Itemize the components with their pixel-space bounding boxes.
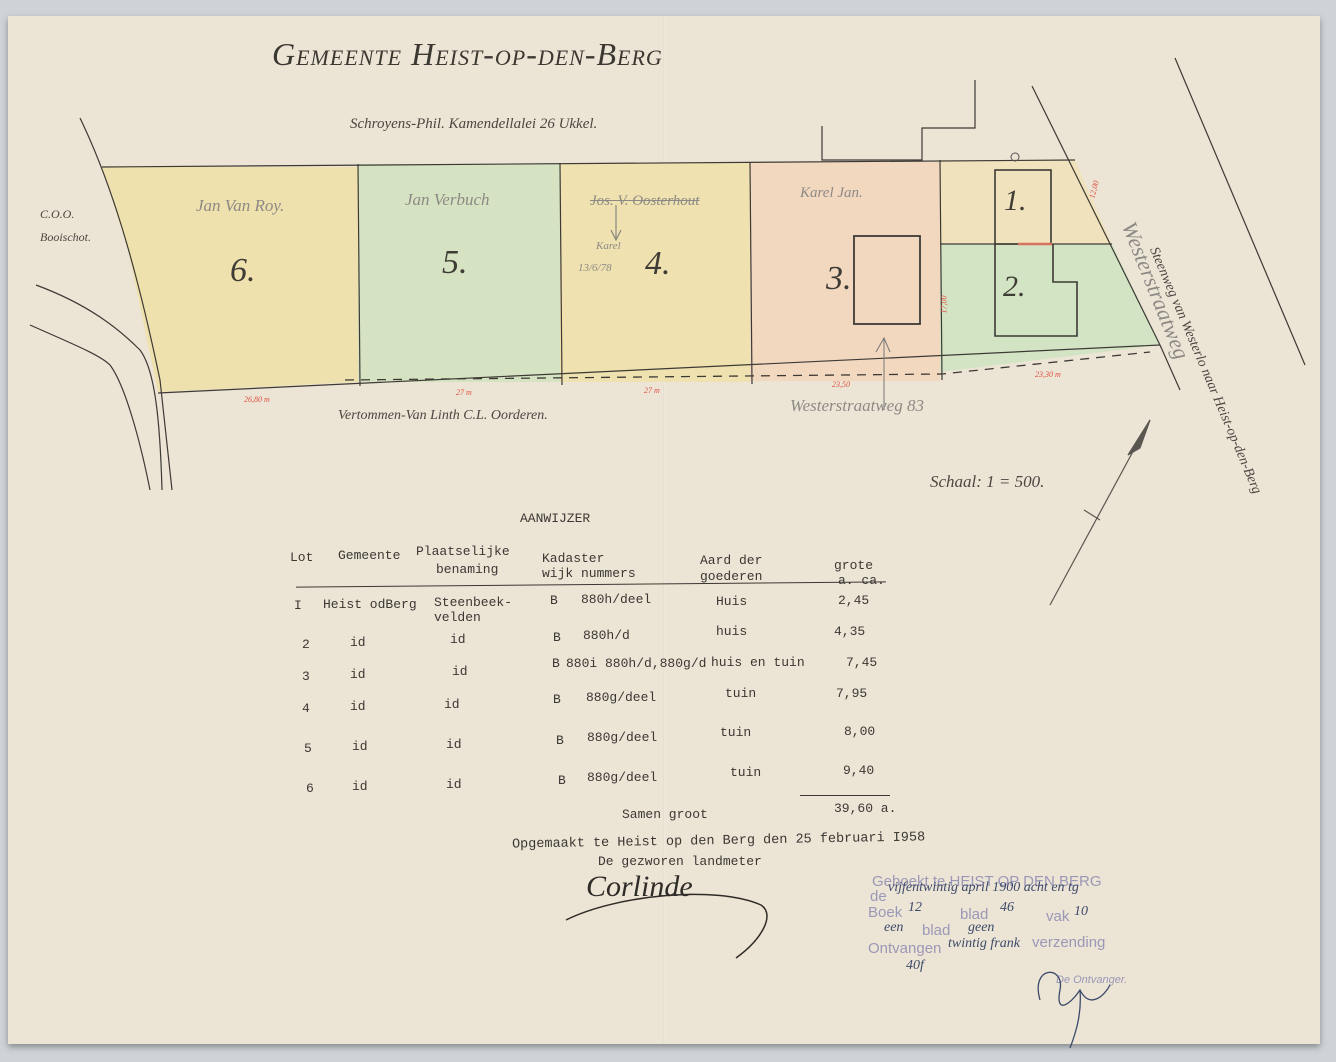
row-5-nummers: 880g/deel bbox=[587, 730, 657, 745]
row-2-sectie: B bbox=[553, 630, 561, 645]
lot-4-owner: Jos. V. Oosterhout bbox=[590, 193, 699, 210]
stamp-boek-value: 12 bbox=[908, 900, 922, 916]
signature-flourish bbox=[556, 880, 786, 960]
row-6-aard: tuin bbox=[730, 765, 761, 780]
lot-3-owner: Karel Jan. bbox=[800, 185, 863, 202]
lot-3-number: 3. bbox=[826, 260, 852, 298]
lot-5-owner: Jan Verbuch bbox=[405, 190, 490, 210]
row-1-nummers: 880h/deel bbox=[581, 592, 651, 607]
row-1-plaats: Steenbeek- bbox=[434, 595, 512, 610]
row-1-grote: 2,45 bbox=[838, 593, 869, 608]
lot-2-number: 2. bbox=[1003, 270, 1026, 304]
address-pencil-note: Westerstraatweg 83 bbox=[790, 396, 924, 416]
stamp-boek-label: Boek bbox=[868, 904, 902, 921]
stamp-blad-count-label: blad bbox=[922, 922, 950, 939]
south-neighbor-label: Vertommen-Van Linth C.L. Oorderen. bbox=[338, 408, 548, 424]
lot-2-frontage: 23,30 m bbox=[1035, 370, 1061, 379]
stamp-date-handwritten: vijfentwintig april 1900 acht en tg bbox=[888, 880, 1079, 896]
col-header-plaats-2: benaming bbox=[436, 562, 498, 577]
stamp-fee: 40f bbox=[906, 958, 924, 974]
row-5-gemeente: id bbox=[352, 739, 368, 754]
total-rule bbox=[800, 795, 890, 796]
col-header-aard-1: Aard der bbox=[700, 553, 762, 568]
row-4-nummers: 880g/deel bbox=[586, 690, 656, 705]
lot-6-owner: Jan Van Roy. bbox=[196, 196, 284, 216]
lot-5-number: 5. bbox=[442, 244, 468, 282]
row-2-gemeente: id bbox=[350, 635, 366, 650]
row-4-plaats: id bbox=[444, 697, 460, 712]
row-2-lot: 2 bbox=[302, 637, 310, 652]
row-3-gemeente: id bbox=[350, 667, 366, 682]
stamp-vak-value: 10 bbox=[1074, 904, 1088, 920]
lot-1-number: 1. bbox=[1004, 184, 1027, 218]
row-1-gemeente: Heist odBerg bbox=[323, 597, 417, 612]
row-3-lot: 3 bbox=[302, 669, 310, 684]
lot-2-area bbox=[940, 244, 1160, 372]
stamp-verzending-hand: geen bbox=[968, 920, 994, 936]
row-6-nummers: 880g/deel bbox=[587, 770, 657, 785]
col-header-plaats-1: Plaatselijke bbox=[416, 544, 510, 559]
row-3-aard: huis en tuin bbox=[711, 655, 805, 670]
row-6-sectie: B bbox=[558, 773, 566, 788]
row-2-plaats: id bbox=[450, 632, 466, 647]
row-4-lot: 4 bbox=[302, 701, 310, 716]
row-6-plaats: id bbox=[446, 777, 462, 792]
lot-4-number: 4. bbox=[645, 245, 671, 283]
row-3-sectie: B bbox=[552, 656, 560, 671]
scale-label: Schaal: 1 = 500. bbox=[930, 472, 1044, 492]
table-title: AANWIJZER bbox=[520, 511, 590, 526]
row-2-grote: 4,35 bbox=[834, 624, 865, 639]
lot-5-frontage: 27 m bbox=[456, 388, 472, 397]
stamp-vak-label: vak bbox=[1046, 908, 1069, 925]
row-4-sectie: B bbox=[553, 692, 561, 707]
north-arrow-icon bbox=[1050, 420, 1150, 605]
row-5-sectie: B bbox=[556, 733, 564, 748]
row-4-gemeente: id bbox=[350, 699, 366, 714]
stamp-blad-value: 46 bbox=[1000, 900, 1014, 916]
north-neighbor-label: Schroyens-Phil. Kamendellalei 26 Ukkel. bbox=[350, 116, 597, 133]
lot-4-annotation-date: 13/6/78 bbox=[578, 262, 612, 274]
row-4-aard: tuin bbox=[725, 686, 756, 701]
lot-6-number: 6. bbox=[230, 252, 256, 290]
row-5-plaats: id bbox=[446, 737, 462, 752]
row-6-gemeente: id bbox=[352, 779, 368, 794]
total-value: 39,60 a. bbox=[834, 801, 896, 816]
col-header-kadaster-2: wijk nummers bbox=[542, 566, 636, 581]
receiver-signature bbox=[1010, 960, 1120, 1050]
row-3-grote: 7,45 bbox=[846, 655, 877, 670]
total-label: Samen groot bbox=[622, 807, 708, 822]
row-2-nummers: 880h/d bbox=[583, 628, 630, 643]
page-title: Gemeente Heist-op-den-Berg bbox=[272, 36, 663, 73]
row-3-plaats: id bbox=[452, 664, 468, 679]
row-1-sectie: B bbox=[550, 593, 558, 608]
stamp-verzending-label: verzending bbox=[1032, 934, 1105, 951]
col-header-lot: Lot bbox=[290, 550, 313, 565]
lot-3-side: 17,00 bbox=[940, 296, 949, 314]
stamp-ontvangen-hand: twintig frank bbox=[948, 936, 1020, 952]
col-header-gemeente: Gemeente bbox=[338, 548, 400, 563]
row-1-aard: Huis bbox=[716, 594, 747, 609]
lot-3-frontage: 23,50 bbox=[832, 380, 850, 389]
row-5-aard: tuin bbox=[720, 725, 751, 740]
row-5-grote: 8,00 bbox=[844, 724, 875, 739]
stamp-ontvangen-label: Ontvangen bbox=[868, 940, 941, 957]
row-4-grote: 7,95 bbox=[836, 686, 867, 701]
col-header-kadaster-1: Kadaster bbox=[542, 551, 604, 566]
row-1-lot: I bbox=[294, 598, 302, 613]
row-6-lot: 6 bbox=[306, 781, 314, 796]
west-neighbor-line1: C.O.O. bbox=[40, 207, 74, 222]
row-3-nummers: 880i 880h/d,880g/d bbox=[566, 656, 706, 671]
row-6-grote: 9,40 bbox=[843, 763, 874, 778]
col-header-grote-1: grote bbox=[834, 558, 873, 573]
row-2-aard: huis bbox=[716, 624, 747, 639]
lot-4-frontage: 27 m bbox=[644, 386, 660, 395]
stamp-blad-count-hand: een bbox=[884, 920, 903, 936]
lot-4-annotation-name: Karel bbox=[596, 240, 621, 252]
row-5-lot: 5 bbox=[304, 741, 312, 756]
surveyor-title: De gezworen landmeter bbox=[598, 854, 762, 869]
stamp-line-2-prefix: de bbox=[870, 888, 887, 905]
row-1-plaats-2: velden bbox=[434, 610, 481, 625]
west-neighbor-line2: Booischot. bbox=[40, 230, 91, 245]
lot-6-frontage: 26,80 m bbox=[244, 395, 270, 404]
